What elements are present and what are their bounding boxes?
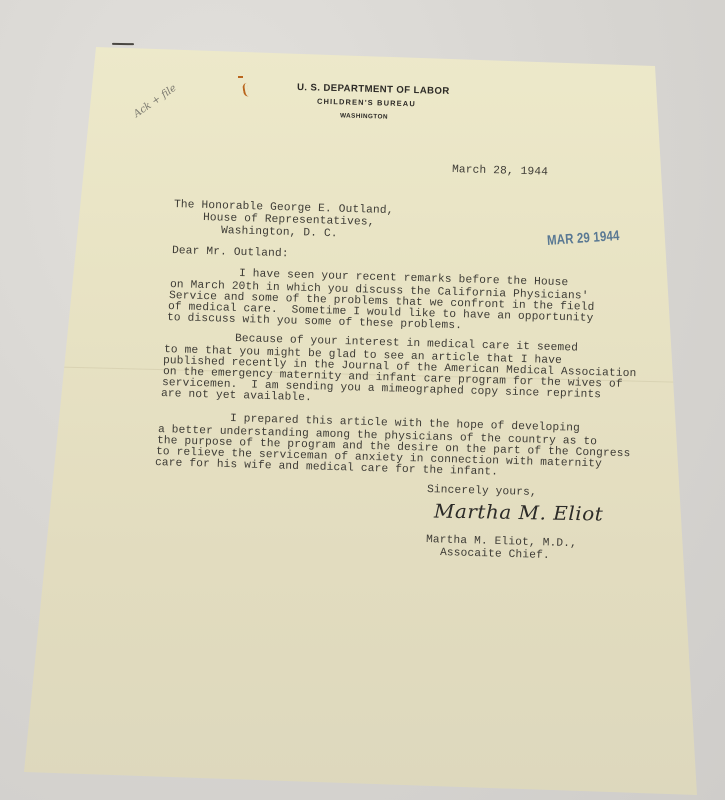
signer-title: Assocaite Chief. <box>440 547 550 562</box>
letterhead-bureau: CHILDREN'S BUREAU <box>317 97 416 109</box>
received-date-stamp: MAR 29 1944 <box>546 227 620 248</box>
letterhead-department: U. S. DEPARTMENT OF LABOR <box>297 82 450 97</box>
recipient-line-3: Washington, D. C. <box>221 225 338 240</box>
pencil-annotation: Ack + file <box>132 83 179 120</box>
pen-dash-mark <box>112 43 134 45</box>
red-tick-mark <box>238 76 243 78</box>
letter-document: Ack + file U. S. DEPARTMENT OF LABOR CHI… <box>0 0 725 800</box>
letterhead-city: WASHINGTON <box>340 112 388 120</box>
closing: Sincerely yours, <box>427 484 537 499</box>
salutation: Dear Mr. Outland: <box>172 245 289 260</box>
red-pencil-mark <box>242 83 249 98</box>
handwritten-signature: Martha M. Eliot <box>434 501 604 526</box>
letter-date: March 28, 1944 <box>452 164 548 179</box>
